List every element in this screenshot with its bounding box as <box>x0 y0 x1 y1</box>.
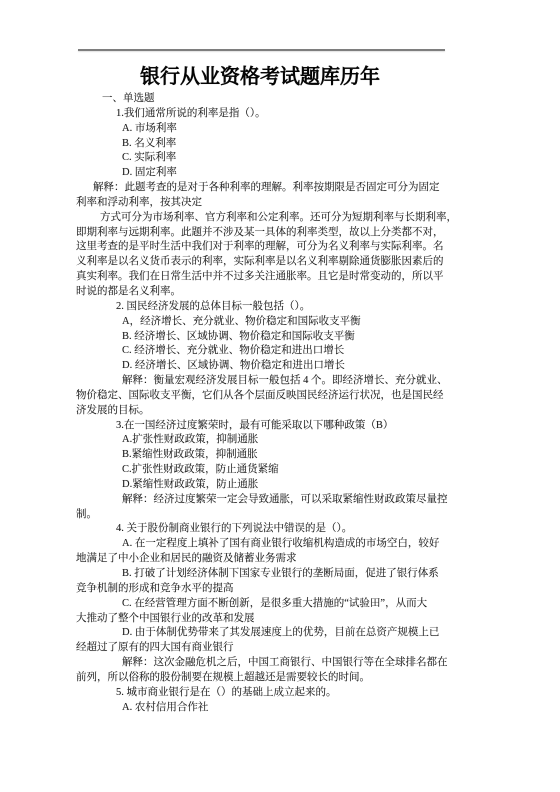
text-line: 解释：这次金融危机之后，中国工商银行、中国银行等在全球排名都在 <box>122 656 458 671</box>
text-line: 大推动了整个中国银行业的改革和发展 <box>76 612 458 627</box>
text-line: 义利率是以名义货币表示的利率，实际利率是以名义利率剔除通货膨胀因素后的 <box>76 255 458 270</box>
text-line: 4. 关于股份制商业银行的下列说法中错误的是（）。 <box>116 522 458 537</box>
text-line: 5. 城市商业银行是在（）的基础上成立起来的。 <box>116 686 458 701</box>
text-line: A.扩张性财政政策，抑制通胀 <box>122 433 458 448</box>
text-line: A. 在一定程度上填补了国有商业银行收缩机构造成的市场空白，较好 <box>122 537 458 552</box>
text-line: 这里考查的是平时生活中我们对于利率的理解，可分为名义利率与实际利率。名 <box>76 240 458 255</box>
text-line: D. 经济增长、区域协调、物价稳定和进出口增长 <box>122 359 458 374</box>
text-line: 解释：衡量宏观经济发展目标一般包括 4 个。即经济增长、充分就业、 <box>122 374 458 389</box>
text-line: 时说的都是名义利率。 <box>76 285 458 300</box>
text-line: C.扩张性财政政策，防止通货紧缩 <box>122 463 458 478</box>
text-line: 前列，所以俗称的股份制要在规模上超越还是需要较长的时间。 <box>76 671 458 686</box>
text-line: 即期利率与远期利率。此题并不涉及某一具体的利率类型，故以上分类都不对， <box>76 226 458 241</box>
text-line: C. 在经营管理方面不断创新，是很多重大措施的“试验田”，从而大 <box>122 597 458 612</box>
text-line: 方式可分为市场利率、官方利率和公定利率。还可分为短期利率与长期利率， <box>100 211 458 226</box>
text-line: 物价稳定、国际收支平衡，它们从各个层面反映国民经济运行状况，也是国民经 <box>76 389 458 404</box>
text-line: 解释：此题考查的是对于各种利率的理解。利率按期限是否固定可分为固定 <box>93 181 458 196</box>
text-line: D. 由于体制优势带来了其发展速度上的优势，目前在总资产规模上已 <box>122 626 458 641</box>
document-page: 银行从业资格考试题库历年 一、单选题1.我们通常所说的利率是指（）。A. 市场利… <box>0 0 560 792</box>
text-line: 2. 国民经济发展的总体目标一般包括（）。 <box>116 300 458 315</box>
text-line: C. 经济增长、充分就业、物价稳定和进出口增长 <box>122 344 458 359</box>
text-line: D.紧缩性财政政策，防止通胀 <box>122 478 458 493</box>
header-rule <box>78 49 445 51</box>
text-line: 经超过了原有的四大国有商业银行 <box>76 641 458 656</box>
text-line: 一、单选题 <box>102 92 458 107</box>
text-line: 3.在一国经济过度繁荣时，最有可能采取以下哪种政策（B） <box>116 419 458 434</box>
text-line: B. 经济增长、区域协调、物价稳定和国际收支平衡 <box>122 330 458 345</box>
document-title: 银行从业资格考试题库历年 <box>76 64 444 90</box>
document-body: 一、单选题1.我们通常所说的利率是指（）。A. 市场利率B. 名义利率C. 实际… <box>76 92 458 715</box>
text-line: A，经济增长、充分就业、物价稳定和国际收支平衡 <box>122 315 458 330</box>
text-line: B. 打破了计划经济体制下国家专业银行的垄断局面，促进了银行体系 <box>122 567 458 582</box>
text-line: 1.我们通常所说的利率是指（）。 <box>116 107 458 122</box>
text-line: 真实利率。我们在日常生活中并不过多关注通胀率。且它是时常变动的，所以平 <box>76 270 458 285</box>
text-line: B. 名义利率 <box>122 137 458 152</box>
text-line: B.紧缩性财政政策，抑制通胀 <box>122 448 458 463</box>
text-line: A. 农村信用合作社 <box>122 701 458 716</box>
text-line: 解释：经济过度繁荣一定会导致通胀，可以采取紧缩性财政政策尽量控 <box>122 493 458 508</box>
text-line: C. 实际利率 <box>122 151 458 166</box>
text-line: 制。 <box>76 508 458 523</box>
text-line: 竞争机制的形成和竞争水平的提高 <box>76 582 458 597</box>
text-line: D. 固定利率 <box>122 166 458 181</box>
text-line: A. 市场利率 <box>122 122 458 137</box>
text-line: 地满足了中小企业和居民的融资及储蓄业务需求 <box>76 552 458 567</box>
text-line: 济发展的目标。 <box>76 404 458 419</box>
text-line: 利率和浮动利率，按其决定 <box>76 196 458 211</box>
